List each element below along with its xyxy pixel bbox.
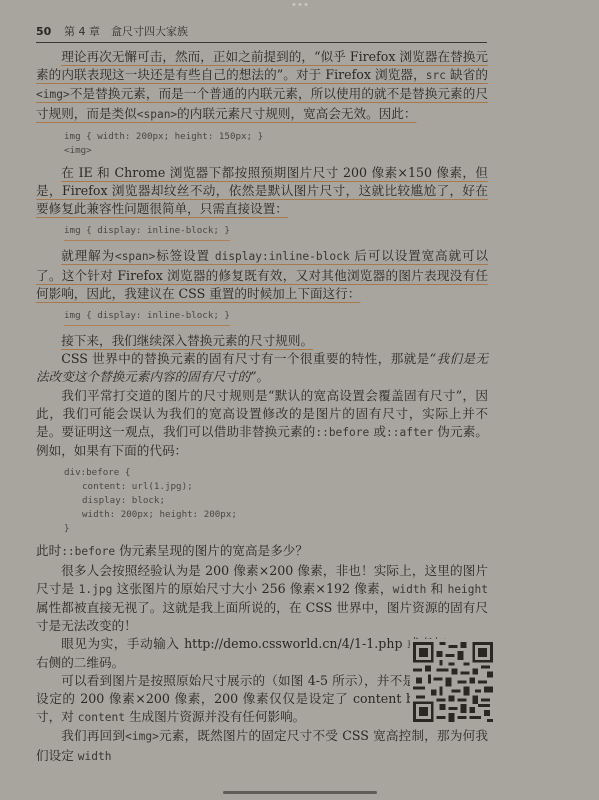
qr-section: 眼见为实，手动输入 http://demo.cssworld.cn/4/1-1.… xyxy=(36,635,488,727)
paragraph-5: CSS 世界中的替换元素的固有尺寸有一个很重要的特性，那就是“我们是无法改变这个… xyxy=(36,350,488,386)
code-block-3: img { display: inline-block; } xyxy=(36,309,488,326)
paragraph-11: 我们再回到<img>元素，既然图片的固定尺寸不受 CSS 宽高控制，那为何我们设… xyxy=(36,727,488,765)
page-header: 50 第 4 章 盒尺寸四大家族 xyxy=(36,20,487,43)
page-number: 50 xyxy=(36,25,64,38)
home-indicator[interactable] xyxy=(223,791,377,794)
paragraph-3: 就理解为<span>标签设置 display:inline-block 后可以设… xyxy=(36,247,488,303)
chapter-title: 第 4 章 盒尺寸四大家族 xyxy=(64,23,188,39)
paragraph-4: 接下来，我们继续深入替换元素的尺寸规则。 xyxy=(36,332,488,350)
paragraph-9: 眼见为实，手动输入 http://demo.cssworld.cn/4/1-1.… xyxy=(36,635,446,671)
paragraph-8: 很多人会按照经验认为是 200 像素×200 像素，非也！实际上，这里的图片尺寸… xyxy=(36,562,488,636)
qr-code-icon[interactable] xyxy=(410,639,496,725)
code-block-2: img { display: inline-block; } xyxy=(36,224,488,241)
paragraph-2: 在 IE 和 Chrome 浏览器下都按照预期图片尺寸 200 像素×150 像… xyxy=(36,164,488,219)
paragraph-6: 我们平常打交道的图片的尺寸规则是“默认的宽高设置会覆盖固有尺寸”，因此，我们可能… xyxy=(36,387,488,461)
code-block-1: img { width: 200px; height: 150px; }<img… xyxy=(36,130,488,158)
page-content: 理论再次无懈可击，然而，正如之前提到的，“似乎 Firefox 浏览器在替换元素… xyxy=(36,48,488,766)
paragraph-10: 可以看到图片是按照原始尺寸展示的（如图 4-5 所示），并不是 CSS 设定的 … xyxy=(36,672,446,728)
more-dots-icon[interactable] xyxy=(292,3,307,6)
paragraph-7: 此时::before 伪元素呈现的图片的宽高是多少？ xyxy=(36,542,488,561)
code-block-4: div:before {content: url(1.jpg);display:… xyxy=(36,466,488,536)
paragraph-1: 理论再次无懈可击，然而，正如之前提到的，“似乎 Firefox 浏览器在替换元素… xyxy=(36,48,488,124)
